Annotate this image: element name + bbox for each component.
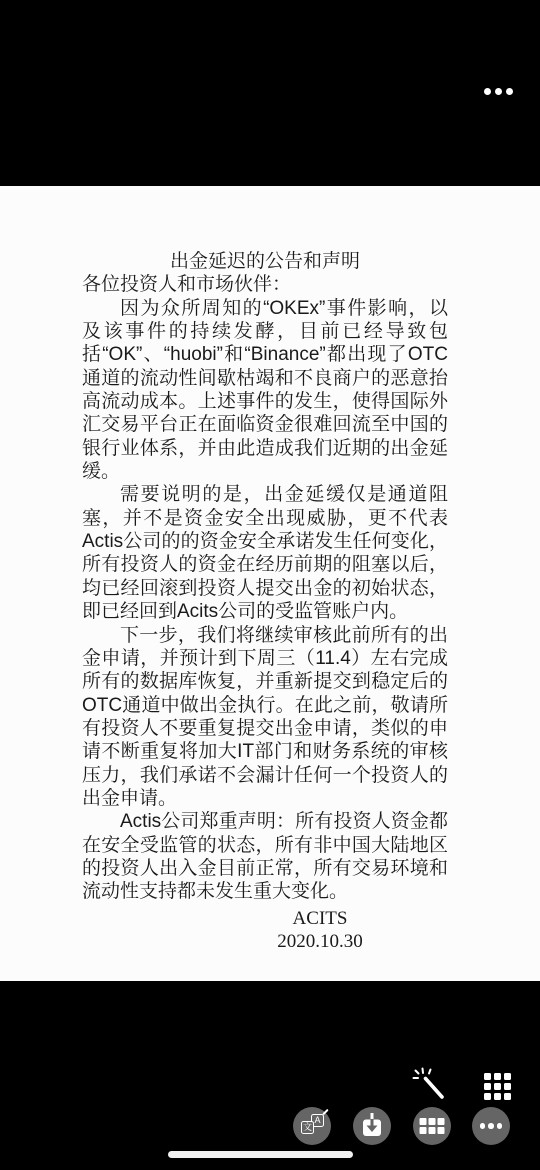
document-salutation: 各位投资人和市场伙伴： [82,273,448,296]
translate-button[interactable]: A 文 [293,1107,331,1145]
more-ellipsis-icon [472,1107,510,1145]
document-title: 出金延迟的公告和声明 [82,250,448,273]
ellipsis-dot [488,1123,494,1129]
grid-view-button[interactable] [484,1073,511,1100]
more-actions-button[interactable] [472,1107,510,1145]
ellipsis-dot [480,1123,486,1129]
ellipsis-dot [506,88,513,95]
grid-2x3-icon [413,1107,451,1145]
home-indicator[interactable] [168,1151,353,1158]
edit-magic-wand-button[interactable] [412,1066,448,1102]
document-paragraph: 因为众所周知的“OKEx”事件影响，以及该事件的持续发酵，目前已经导致包括“OK… [82,297,448,484]
magic-wand-icon [412,1066,448,1102]
document-paragraph: Actis公司郑重声明：所有投资人资金都在安全受监管的状态，所有非中国大陆地区的… [82,810,448,903]
ellipsis-dot [495,88,502,95]
ellipsis-dot [484,88,491,95]
apps-grid-button[interactable] [413,1107,451,1145]
document-date: 2020.10.30 [137,930,503,953]
announcement-document: 出金延迟的公告和声明 各位投资人和市场伙伴： 因为众所周知的“OKEx”事件影响… [82,250,448,953]
grid-3x3-icon [484,1073,511,1100]
download-icon [353,1107,391,1145]
photo-viewer-screen: 出金延迟的公告和声明 各位投资人和市场伙伴： 因为众所周知的“OKEx”事件影响… [0,0,540,1170]
translate-cjk-square: 文 [301,1121,314,1134]
document-paragraph: 下一步，我们将继续审核此前所有的出金申请，并预计到下周三（11.4）左右完成所有… [82,624,448,811]
translate-cursor-tick [322,1109,328,1115]
ellipsis-dot [497,1123,503,1129]
save-button[interactable] [353,1107,391,1145]
document-signature: ACITS [137,907,503,930]
document-paragraph: 需要说明的是，出金延缓仅是通道阻塞，并不是资金安全出现威胁，更不代表Actis公… [82,483,448,623]
document-photo[interactable]: 出金延迟的公告和声明 各位投资人和市场伙伴： 因为众所周知的“OKEx”事件影响… [0,186,540,981]
more-options-button[interactable] [482,84,515,99]
